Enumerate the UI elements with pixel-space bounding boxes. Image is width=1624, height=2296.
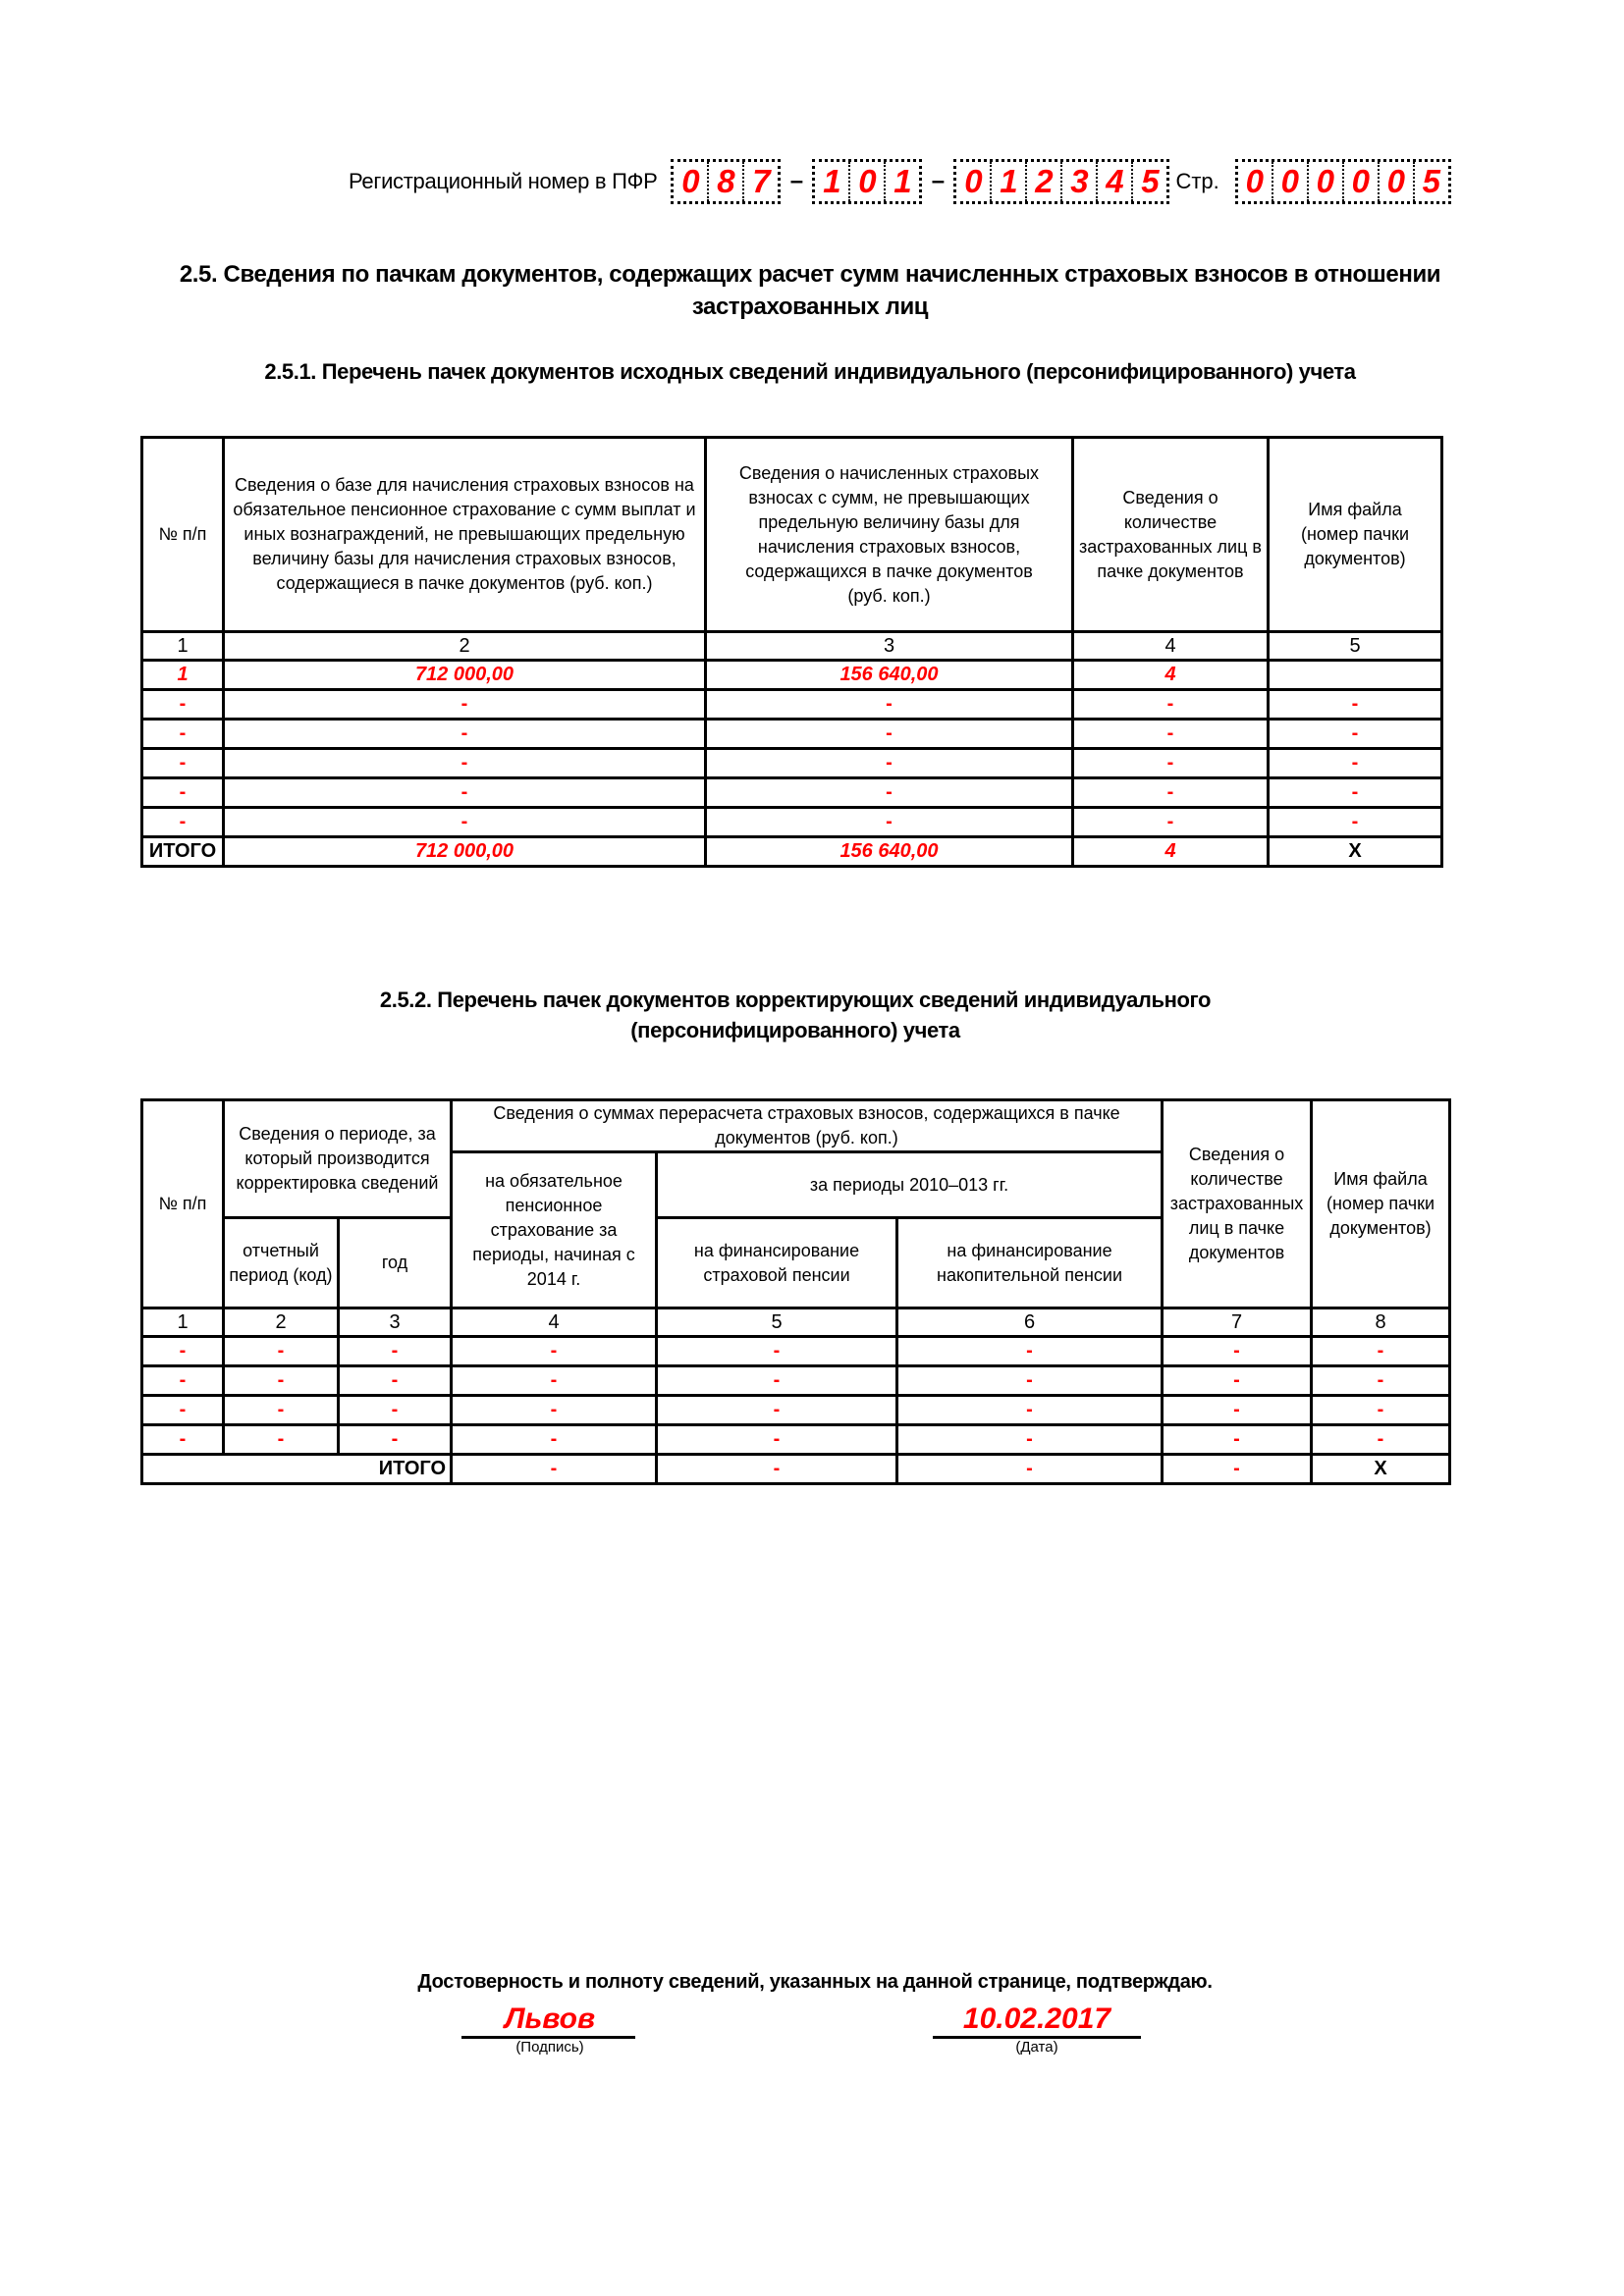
digit-box: 8 (707, 162, 742, 201)
table-cell[interactable]: - (1073, 749, 1269, 778)
total-cell[interactable]: - (1163, 1455, 1312, 1484)
digit-box: 1 (990, 162, 1025, 201)
table-cell[interactable]: - (897, 1337, 1163, 1366)
table-cell[interactable]: - (897, 1425, 1163, 1455)
table-cell[interactable]: 156 640,00 (706, 661, 1073, 690)
reg-group-3[interactable]: 0 1 2 3 4 5 (953, 159, 1169, 204)
table-cell[interactable]: - (452, 1366, 657, 1396)
table-cell[interactable]: - (224, 1396, 339, 1425)
digit-box: 0 (1378, 162, 1413, 201)
table-cell[interactable]: - (1163, 1366, 1312, 1396)
table-cell[interactable]: - (224, 808, 706, 837)
signature-block: Львов (Подпись) (461, 2002, 638, 2056)
table-cell[interactable]: - (1269, 778, 1442, 808)
col-number: 2 (224, 632, 706, 661)
table-row: -------- (142, 1366, 1450, 1396)
table-cell[interactable]: - (657, 1396, 897, 1425)
col-number: 1 (142, 1308, 224, 1337)
col-header: Сведения о количестве застрахованных лиц… (1073, 438, 1269, 632)
col-header: Имя файла (номер пачки документов) (1312, 1100, 1450, 1308)
table-cell[interactable]: - (339, 1366, 452, 1396)
column-number-row: 1 2 3 4 5 6 7 8 (142, 1308, 1450, 1337)
col-header: Имя файла (номер пачки документов) (1269, 438, 1442, 632)
total-cell[interactable]: 4 (1073, 837, 1269, 867)
table-cell[interactable]: - (224, 1425, 339, 1455)
digit-box: 2 (1025, 162, 1060, 201)
table-cell[interactable]: - (339, 1396, 452, 1425)
page-label: Стр. (1175, 169, 1218, 194)
table-cell[interactable]: - (1163, 1337, 1312, 1366)
table-cell[interactable]: 1 (142, 661, 224, 690)
digit-box: 0 (956, 162, 990, 201)
table-cell[interactable]: 712 000,00 (224, 661, 706, 690)
separator: – (781, 168, 812, 195)
signature-value[interactable]: Львов (461, 2002, 638, 2036)
digit-box: 1 (815, 162, 848, 201)
table-cell[interactable]: - (142, 720, 224, 749)
reg-group-2[interactable]: 1 0 1 (812, 159, 922, 204)
col-header: № п/п (142, 1100, 224, 1308)
registration-number-row: Регистрационный номер в ПФР 0 8 7 – 1 0 … (349, 157, 1451, 206)
signature-caption: (Подпись) (461, 2039, 638, 2056)
table-cell[interactable]: - (706, 778, 1073, 808)
table-header-row: № п/п Сведения о базе для начисления стр… (142, 438, 1442, 632)
total-cell[interactable]: 156 640,00 (706, 837, 1073, 867)
initial-packs-table: № п/п Сведения о базе для начисления стр… (140, 436, 1443, 868)
digit-box: 4 (1096, 162, 1131, 201)
table-cell[interactable]: - (339, 1337, 452, 1366)
col-header: Сведения о количестве застрахованных лиц… (1163, 1100, 1312, 1308)
table-cell[interactable]: - (142, 1396, 224, 1425)
total-cell: X (1269, 837, 1442, 867)
table-cell[interactable]: - (1269, 808, 1442, 837)
table-cell[interactable]: - (224, 690, 706, 720)
table-cell[interactable]: - (452, 1425, 657, 1455)
table-cell[interactable]: - (452, 1337, 657, 1366)
table-cell[interactable]: - (897, 1396, 1163, 1425)
table-cell[interactable]: - (224, 1337, 339, 1366)
table-cell[interactable]: 4 (1073, 661, 1269, 690)
digit-box: 0 (1238, 162, 1272, 201)
col-header: на финансирование страховой пенсии (657, 1218, 897, 1308)
table-cell[interactable]: - (1163, 1396, 1312, 1425)
table-cell[interactable]: - (1073, 720, 1269, 749)
table-row: ----- (142, 720, 1442, 749)
table-cell[interactable]: - (224, 1366, 339, 1396)
table-row: ----- (142, 778, 1442, 808)
col-number: 1 (142, 632, 224, 661)
col-header: год (339, 1218, 452, 1308)
date-value[interactable]: 10.02.2017 (933, 2002, 1141, 2036)
reg-number-label: Регистрационный номер в ПФР (349, 169, 657, 194)
column-number-row: 1 2 3 4 5 (142, 632, 1442, 661)
table-cell[interactable]: - (657, 1337, 897, 1366)
table-cell[interactable]: - (657, 1425, 897, 1455)
col-header: отчетный период (код) (224, 1218, 339, 1308)
col-number: 4 (1073, 632, 1269, 661)
col-header: Сведения о периоде, за который производи… (224, 1100, 452, 1218)
subsection-title-252: 2.5.2. Перечень пачек документов коррект… (324, 985, 1267, 1045)
digit-box: 1 (884, 162, 919, 201)
section-title: 2.5. Сведения по пачкам документов, соде… (147, 258, 1473, 323)
table-cell[interactable]: - (452, 1396, 657, 1425)
total-cell[interactable]: 712 000,00 (224, 837, 706, 867)
col-number: 5 (1269, 632, 1442, 661)
table-row: 1712 000,00156 640,004 (142, 661, 1442, 690)
col-header: за периоды 2010–013 гг. (657, 1152, 1163, 1218)
table-row: ----- (142, 808, 1442, 837)
col-number: 5 (657, 1308, 897, 1337)
total-cell[interactable]: - (657, 1455, 897, 1484)
total-cell: X (1312, 1455, 1450, 1484)
table-cell[interactable]: - (706, 749, 1073, 778)
table-cell[interactable]: - (224, 749, 706, 778)
total-cell[interactable]: - (897, 1455, 1163, 1484)
table-cell[interactable]: - (706, 808, 1073, 837)
page-number-group[interactable]: 0 0 0 0 0 5 (1235, 159, 1451, 204)
col-number: 2 (224, 1308, 339, 1337)
date-block: 10.02.2017 (Дата) (933, 2002, 1141, 2056)
col-header: Сведения о базе для начисления страховых… (224, 438, 706, 632)
table-cell[interactable]: - (1269, 690, 1442, 720)
table-cell[interactable]: - (142, 749, 224, 778)
total-label: ИТОГО (142, 837, 224, 867)
digit-box: 0 (848, 162, 884, 201)
col-number: 3 (706, 632, 1073, 661)
digit-box: 5 (1131, 162, 1166, 201)
digit-box: 0 (1342, 162, 1378, 201)
date-caption: (Дата) (933, 2039, 1141, 2056)
table-cell[interactable]: - (142, 1366, 224, 1396)
table-row: -------- (142, 1337, 1450, 1366)
table-cell[interactable]: - (706, 690, 1073, 720)
col-number: 3 (339, 1308, 452, 1337)
col-number: 7 (1163, 1308, 1312, 1337)
table-cell[interactable]: - (224, 720, 706, 749)
table-cell[interactable]: - (142, 1425, 224, 1455)
table-cell[interactable]: - (1312, 1425, 1450, 1455)
col-number: 4 (452, 1308, 657, 1337)
table-cell[interactable]: - (1312, 1396, 1450, 1425)
table-row: ----- (142, 690, 1442, 720)
table-row: ----- (142, 749, 1442, 778)
digit-box: 5 (1413, 162, 1448, 201)
total-label: ИТОГО (142, 1455, 452, 1484)
table-cell[interactable]: - (706, 720, 1073, 749)
table-row: -------- (142, 1396, 1450, 1425)
table-cell[interactable]: - (1269, 720, 1442, 749)
table-cell[interactable]: - (339, 1425, 452, 1455)
correcting-packs-table: № п/п Сведения о периоде, за который про… (140, 1098, 1451, 1485)
table-cell[interactable]: - (1073, 778, 1269, 808)
col-header: на финансирование накопительной пенсии (897, 1218, 1163, 1308)
separator: – (922, 168, 953, 195)
col-header: на обязательное пенсионное страхование з… (452, 1152, 657, 1308)
table-cell[interactable] (1269, 661, 1442, 690)
table-cell[interactable]: - (1269, 749, 1442, 778)
col-number: 6 (897, 1308, 1163, 1337)
reg-group-1[interactable]: 0 8 7 (671, 159, 781, 204)
digit-box: 7 (742, 162, 778, 201)
total-cell[interactable]: - (452, 1455, 657, 1484)
subsection-title-251: 2.5.1. Перечень пачек документов исходны… (147, 359, 1473, 385)
table-header-row: № п/п Сведения о периоде, за который про… (142, 1100, 1450, 1152)
table-cell[interactable]: - (1312, 1366, 1450, 1396)
table-cell[interactable]: - (142, 778, 224, 808)
col-number: 8 (1312, 1308, 1450, 1337)
table-cell[interactable]: - (142, 1337, 224, 1366)
table-cell[interactable]: - (897, 1366, 1163, 1396)
table-cell[interactable]: - (142, 690, 224, 720)
digit-box: 0 (674, 162, 707, 201)
table-cell[interactable]: - (1312, 1337, 1450, 1366)
total-row: ИТОГО - - - - X (142, 1455, 1450, 1484)
digit-box: 0 (1307, 162, 1342, 201)
table-cell[interactable]: - (142, 808, 224, 837)
total-row: ИТОГО 712 000,00 156 640,00 4 X (142, 837, 1442, 867)
table-cell[interactable]: - (1073, 690, 1269, 720)
col-header: Сведения о суммах перерасчета страховых … (452, 1100, 1163, 1152)
col-header: № п/п (142, 438, 224, 632)
confirmation-text: Достоверность и полноту сведений, указан… (373, 1971, 1257, 1994)
table-cell[interactable]: - (1163, 1425, 1312, 1455)
table-cell[interactable]: - (224, 778, 706, 808)
table-cell[interactable]: - (657, 1366, 897, 1396)
digit-box: 3 (1060, 162, 1096, 201)
table-cell[interactable]: - (1073, 808, 1269, 837)
digit-box: 0 (1272, 162, 1307, 201)
col-header: Сведения о начисленных страховых взносах… (706, 438, 1073, 632)
table-row: -------- (142, 1425, 1450, 1455)
